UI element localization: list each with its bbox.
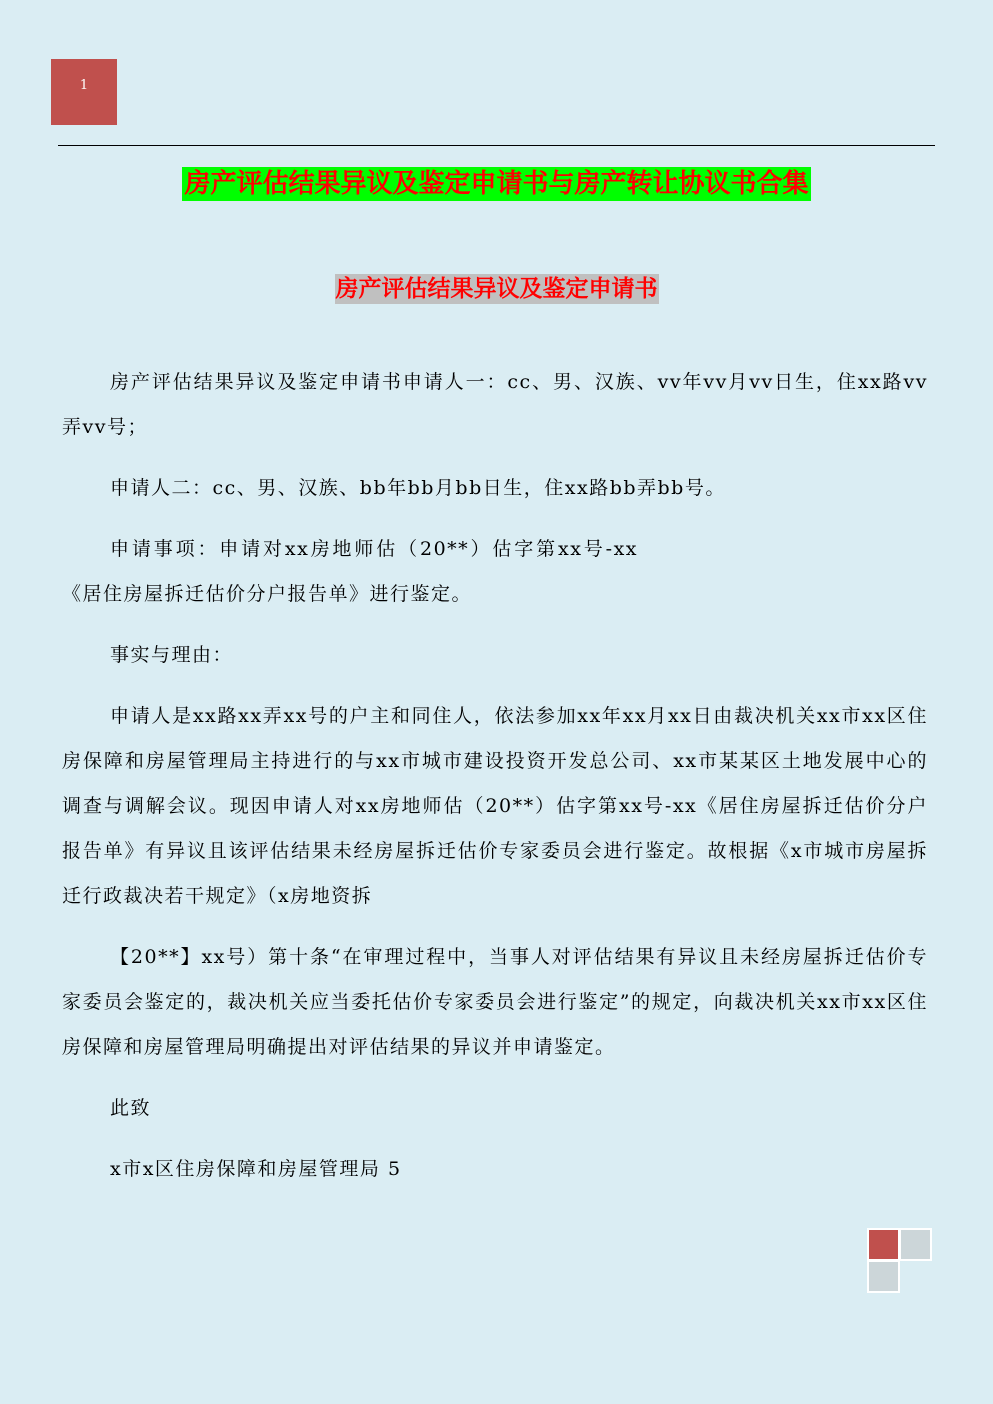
paragraph-facts-body: 申请人是xx路xx弄xx号的户主和同住人，依法参加xx年xx月xx日由裁决机关x… [62, 694, 928, 919]
section-title-text: 房产评估结果异议及鉴定申请书 [335, 274, 659, 304]
page-number: 1 [80, 78, 88, 93]
paragraph-request-matter: 申请事项：申请对xx房地师估（20**）估字第xx号-xx《居住房屋拆迁估价分户… [62, 527, 928, 617]
section-title: 房产评估结果异议及鉴定申请书 [0, 270, 993, 303]
paragraph-facts-heading: 事实与理由： [62, 633, 928, 678]
document-body: 房产评估结果异议及鉴定申请书申请人一：cc、男、汉族、vv年vv月vv日生，住x… [62, 360, 928, 1192]
deco-square-gray [867, 1260, 900, 1293]
paragraph-salutation: 此致 [62, 1086, 928, 1131]
document-title: 房产评估结果异议及鉴定申请书与房产转让协议书合集 [0, 163, 993, 200]
header-divider [58, 145, 935, 146]
paragraph-regulation: 【20**】xx号）第十条“在审理过程中，当事人对评估结果有异议且未经房屋拆迁估… [62, 935, 928, 1070]
paragraph-recipient: x市x区住房保障和房屋管理局 5 [62, 1147, 928, 1192]
document-title-text: 房产评估结果异议及鉴定申请书与房产转让协议书合集 [182, 167, 810, 201]
corner-decoration [867, 1228, 933, 1294]
deco-square-red [867, 1228, 900, 1261]
page-number-badge: 1 [51, 59, 117, 125]
paragraph-applicant-1: 房产评估结果异议及鉴定申请书申请人一：cc、男、汉族、vv年vv月vv日生，住x… [62, 360, 928, 450]
paragraph-applicant-2: 申请人二：cc、男、汉族、bb年bb月bb日生，住xx路bb弄bb号。 [62, 466, 928, 511]
deco-square-gray [899, 1228, 932, 1261]
